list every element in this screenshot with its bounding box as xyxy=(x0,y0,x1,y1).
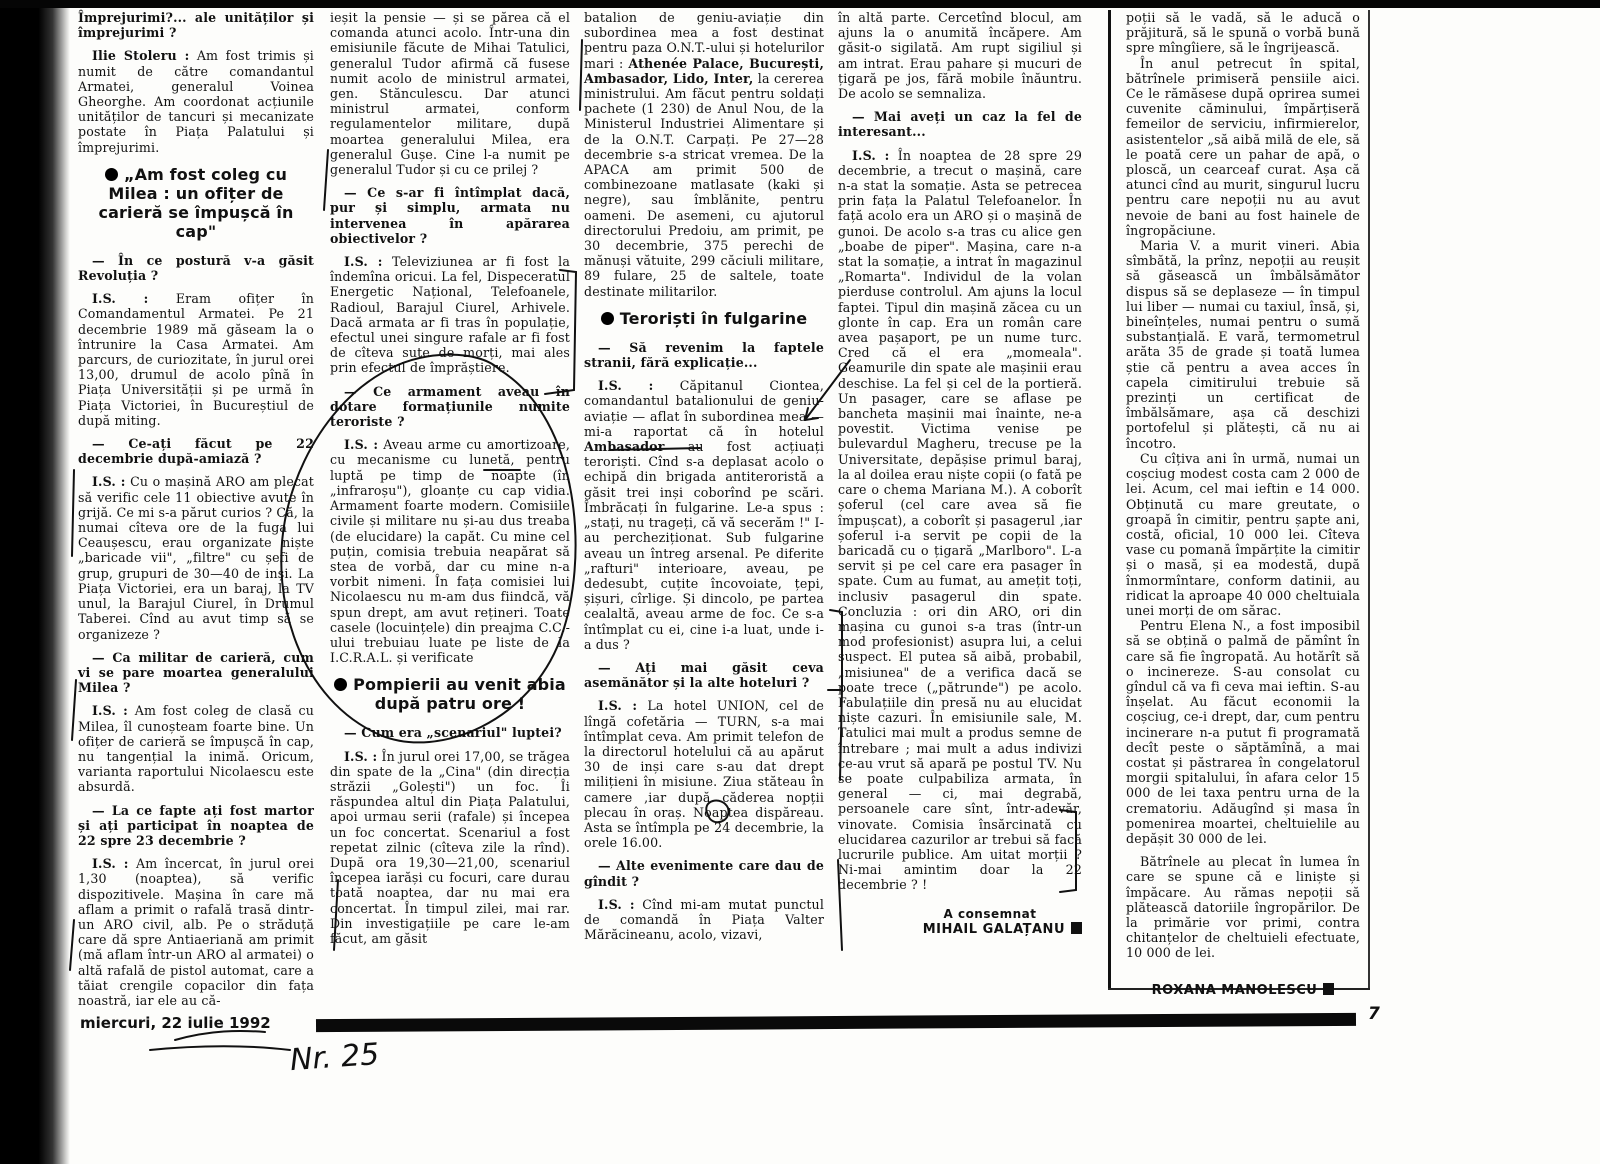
answer-text: La hotel UNION, cel de lîngă cofetăria —… xyxy=(584,698,824,850)
answer-text: Televiziunea ar fi fost la îndemîna oric… xyxy=(330,254,570,375)
margin-line xyxy=(70,920,74,970)
subhead-text: Teroriști în fulgarine xyxy=(620,309,808,328)
answer-paragraph: I.S. : Căpitanul Ciontea, comandantul ba… xyxy=(584,378,824,652)
speaker-label: I.S. : xyxy=(344,437,378,452)
bullet-icon xyxy=(601,312,614,325)
answer-text: Aveau arme cu amortizoare, cu mecanisme … xyxy=(330,437,570,665)
issue-date: miercuri, 22 iulie 1992 xyxy=(80,1014,271,1032)
end-mark-icon xyxy=(1071,922,1082,934)
interview-question: — Ce armament aveau în dotare formațiuni… xyxy=(330,384,570,430)
answer-text: În noaptea de 28 spre 29 decembrie, a tr… xyxy=(838,148,1082,893)
interview-question: — Cum era „scenariul" luptei? xyxy=(330,725,570,740)
article-column-5: poții să le vadă, să le aducă o prăjitur… xyxy=(1126,10,1360,998)
margin-line xyxy=(72,470,74,556)
speaker-label: I.S. : xyxy=(92,474,126,489)
footer-rule xyxy=(316,1013,1356,1032)
byline: ROXANA MANOLESCU xyxy=(1126,983,1360,998)
speaker-label: Ilie Stoleru : xyxy=(92,48,189,63)
article-column-3: batalion de geniu-aviație din subordinea… xyxy=(584,10,824,942)
answer-text: au fost acțiuați teroriști. Cînd s-a dep… xyxy=(584,439,824,652)
answer-paragraph: I.S. : La hotel UNION, cel de lîngă cofe… xyxy=(584,698,824,850)
subhead-text: Pompierii au venit abia după patru ore ! xyxy=(353,675,566,713)
paragraph: În anul petrecut în spital, bătrînele pr… xyxy=(1126,56,1360,238)
article-column-2: ieșit la pensie — și se părea că el coma… xyxy=(330,10,570,946)
answer-text: Cu o mașină ARO am plecat să verific cel… xyxy=(78,474,314,641)
answer-paragraph: I.S. : Cînd mi-am mutat punctul de coman… xyxy=(584,897,824,943)
interview-question: — Ați mai găsit ceva asemănător și la al… xyxy=(584,660,824,690)
interview-question: — Alte evenimente care dau de gîndit ? xyxy=(584,858,824,888)
speaker-label: I.S. : xyxy=(598,698,637,713)
page-number: 7 xyxy=(1368,1004,1380,1024)
byline-author: ROXANA MANOLESCU xyxy=(1152,983,1318,998)
answer-paragraph: I.S. : Am încercat, în jurul orei 1,30 (… xyxy=(78,856,314,1008)
margin-line xyxy=(72,680,76,740)
speaker-label: I.S. : xyxy=(92,703,128,718)
answer-text: Am încercat, în jurul orei 1,30 (noaptea… xyxy=(78,856,314,1008)
paragraph: Pentru Elena N., a fost imposibil să se … xyxy=(1126,618,1360,846)
interview-question: — La ce fapte ați fost martor și ați par… xyxy=(78,803,314,849)
bullet-icon xyxy=(334,678,347,691)
answer-text: la cererea ministrului. Am făcut pentru … xyxy=(584,71,824,299)
speaker-label: I.S. : xyxy=(344,749,377,764)
speaker-label: I.S. : xyxy=(92,856,129,871)
speaker-label: I.S. : xyxy=(598,378,653,393)
scan-top-edge xyxy=(0,0,1600,8)
interview-question: — Să revenim la faptele stranii, fără ex… xyxy=(584,340,824,370)
subhead-text: „Am fost coleg cu Milea : un ofițer de c… xyxy=(98,165,293,241)
article-column-1: Împrejurimi?... ale unităților și împrej… xyxy=(78,10,314,1008)
box-rule-right xyxy=(1368,10,1370,990)
speaker-label: I.S. : xyxy=(92,291,148,306)
byline: A consemnat MIHAIL GALAȚANU xyxy=(838,907,1082,937)
handwritten-note: Nr. 25 xyxy=(289,1037,381,1078)
paragraph: Bătrînele au plecat în lumea în care se … xyxy=(1126,854,1360,960)
underline xyxy=(150,1031,290,1050)
answer-paragraph: Ilie Stoleru : Am fost trimis și numit d… xyxy=(78,48,314,154)
section-subhead: Teroriști în fulgarine xyxy=(584,309,824,328)
answer-paragraph: I.S. : Am fost coleg de clasă cu Milea, … xyxy=(78,703,314,794)
paragraph: Cu cîțiva ani în urmă, numai un coșciug … xyxy=(1126,451,1360,618)
bullet-icon xyxy=(105,168,118,181)
byline-author: MIHAIL GALAȚANU xyxy=(923,922,1065,937)
answer-continuation: în altă parte. Cercetînd blocul, am ajun… xyxy=(838,10,1082,101)
question-fragment: Împrejurimi?... ale unităților și împrej… xyxy=(78,10,314,40)
speaker-label: I.S. : xyxy=(852,148,889,163)
end-mark-icon xyxy=(1323,983,1334,995)
answer-text: Eram ofițer în Comandamentul Armatei. Pe… xyxy=(78,291,314,428)
margin-line xyxy=(324,150,328,210)
hotel-name: Ambasador xyxy=(584,439,665,454)
paragraph: poții să le vadă, să le aducă o prăjitur… xyxy=(1126,10,1360,56)
answer-paragraph: I.S. : În jurul orei 17,00, se trăgea di… xyxy=(330,749,570,947)
speaker-label: I.S. : xyxy=(598,897,635,912)
column-rule xyxy=(1108,10,1111,990)
section-subhead: „Am fost coleg cu Milea : un ofițer de c… xyxy=(78,165,314,241)
margin-line xyxy=(580,40,582,110)
article-column-4: în altă parte. Cercetînd blocul, am ajun… xyxy=(838,10,1082,937)
answer-paragraph: I.S. : Televiziunea ar fi fost la îndemî… xyxy=(330,254,570,376)
interview-question: — În ce postură v-a găsit Revoluția ? xyxy=(78,253,314,283)
paragraph: Maria V. a murit vineri. Abia sîmbătă, l… xyxy=(1126,238,1360,451)
answer-continuation: ieșit la pensie — și se părea că el coma… xyxy=(330,10,570,177)
answer-paragraph: I.S. : Cu o mașină ARO am plecat să veri… xyxy=(78,474,314,641)
interview-question: — Ce-ați făcut pe 22 decembrie după-amia… xyxy=(78,436,314,466)
answer-paragraph: I.S. : Eram ofițer în Comandamentul Arma… xyxy=(78,291,314,428)
answer-text: În jurul orei 17,00, se trăgea din spate… xyxy=(330,749,570,946)
interview-question: — Ce s-ar fi întîmplat dacă, pur și simp… xyxy=(330,185,570,246)
answer-paragraph: I.S. : Aveau arme cu amortizoare, cu mec… xyxy=(330,437,570,665)
scan-edge-shadow xyxy=(0,0,70,1164)
answer-continuation: batalion de geniu-aviație din subordinea… xyxy=(584,10,824,299)
answer-text: Am fost trimis și numit de către comanda… xyxy=(78,48,314,154)
speaker-label: I.S. : xyxy=(344,254,383,269)
answer-paragraph: I.S. : În noaptea de 28 spre 29 decembri… xyxy=(838,148,1082,893)
interview-question: — Mai aveți un caz la fel de interesant.… xyxy=(838,109,1082,139)
section-subhead: Pompierii au venit abia după patru ore ! xyxy=(330,675,570,713)
interview-question: — Ca militar de carieră, cum vi se pare … xyxy=(78,650,314,696)
byline-label: A consemnat xyxy=(838,907,1082,922)
